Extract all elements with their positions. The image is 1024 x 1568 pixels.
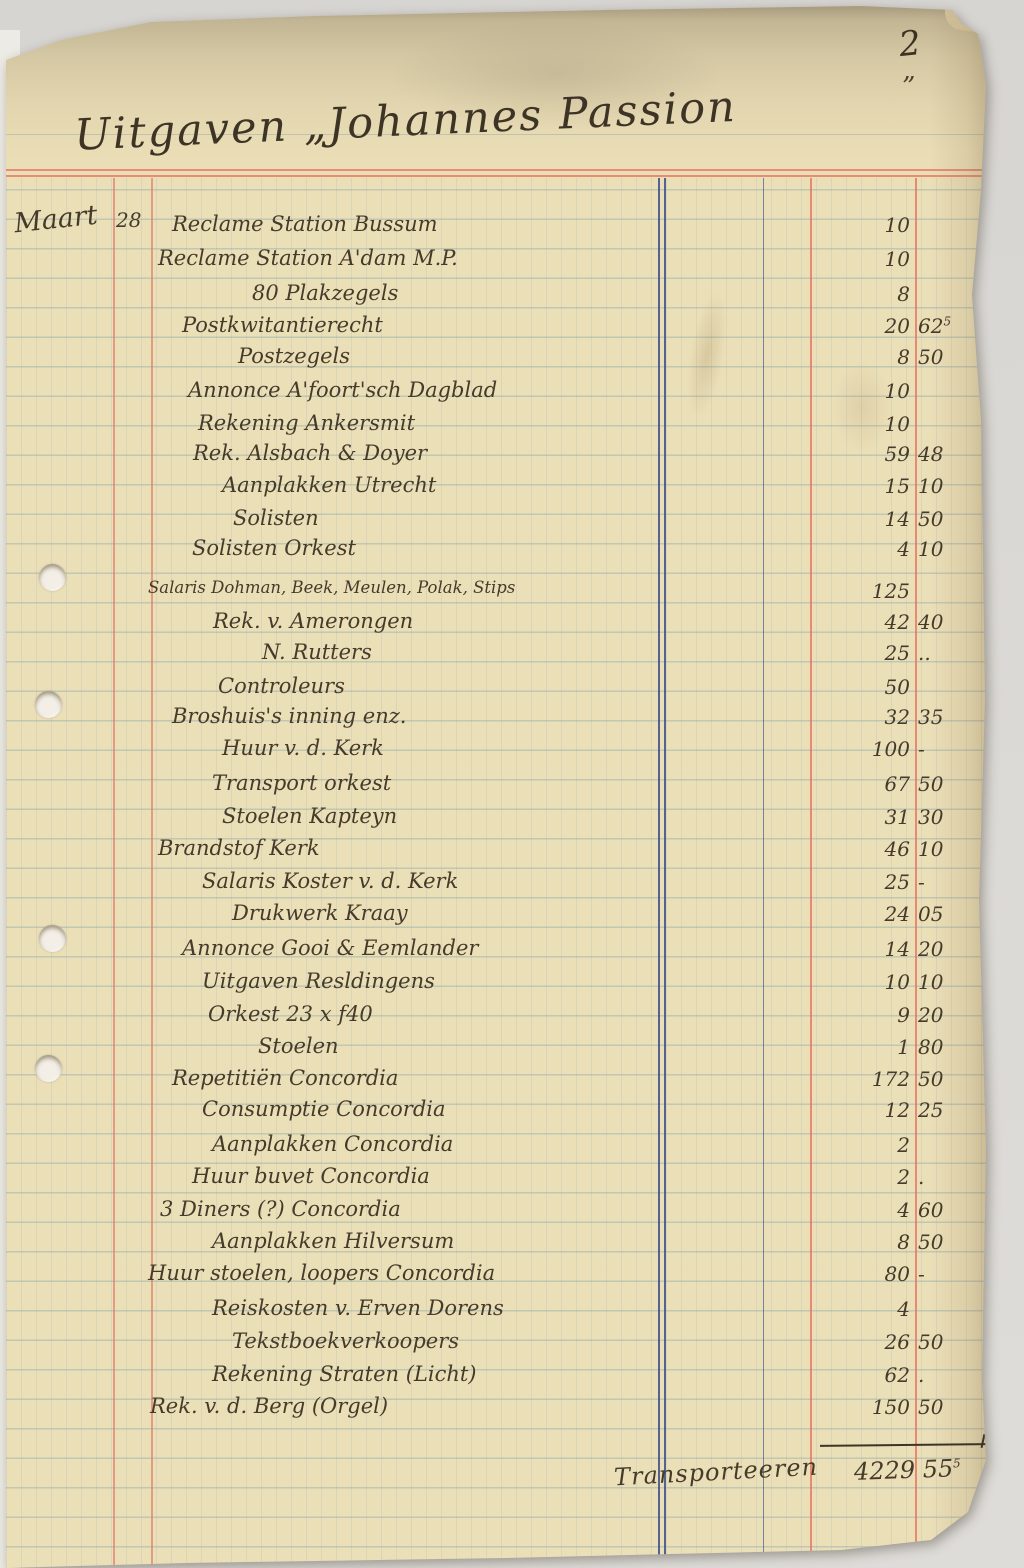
entry-amount-guilders: 59 xyxy=(788,442,910,466)
entry-amount-guilders: 172 xyxy=(788,1067,910,1091)
scan-background: { "page": { "page_number": "2", "title":… xyxy=(0,0,1024,1568)
entry-description: Consumptie Concordia xyxy=(202,1097,446,1121)
date-column-rule xyxy=(113,178,115,1568)
entry-amount-guilders: 4 xyxy=(788,1297,910,1321)
entry-amount-guilders: 46 xyxy=(788,837,910,861)
top-red-rule-1 xyxy=(6,169,988,171)
entry-amount-cents: 10 xyxy=(918,837,984,861)
entry-amount-cents: 60 xyxy=(918,1198,984,1222)
entry-amount-guilders: 100 xyxy=(788,737,910,761)
center-single-rule xyxy=(763,178,764,1568)
entry-amount-guilders: 25 xyxy=(788,641,910,665)
entry-amount-guilders: 14 xyxy=(788,507,910,531)
entry-amount-guilders: 67 xyxy=(788,772,910,796)
entry-description: Postzegels xyxy=(238,344,350,368)
entry-amount-guilders: 50 xyxy=(788,675,910,699)
entry-description: Rek. v. d. Berg (Orgel) xyxy=(150,1394,388,1418)
entry-amount-cents: 20 xyxy=(918,937,984,961)
entry-amount-cents: 10 xyxy=(918,970,984,994)
entry-description: Drukwerk Kraay xyxy=(232,901,408,925)
entry-amount-cents: - xyxy=(918,1262,984,1286)
entry-amount-cents: 50 xyxy=(918,507,984,531)
entry-amount-guilders: 9 xyxy=(788,1003,910,1027)
entry-description: Stoelen xyxy=(258,1034,339,1058)
entry-amount-guilders: 25 xyxy=(788,870,910,894)
entry-description: Solisten Orkest xyxy=(192,536,356,560)
entry-description: Postkwitantierecht xyxy=(182,313,383,337)
entry-description: Rekening Ankersmit xyxy=(198,411,415,435)
entry-description: Aanplakken Utrecht xyxy=(222,473,436,497)
entry-amount-cents: 50 xyxy=(918,1230,984,1254)
entry-amount-cents: 50 xyxy=(918,345,984,369)
entry-description: Transport orkest xyxy=(212,771,391,795)
entry-description: Huur v. d. Kerk xyxy=(222,736,384,760)
entry-amount-cents: - xyxy=(918,737,984,761)
entry-description: Aanplakken Hilversum xyxy=(212,1229,454,1253)
entry-amount-cents: 50 xyxy=(918,1330,984,1354)
entry-amount-guilders: 31 xyxy=(788,805,910,829)
entry-description: Controleurs xyxy=(218,674,345,698)
entry-amount-cents: 80 xyxy=(918,1035,984,1059)
entry-date-day: 28 xyxy=(116,208,141,232)
paper-stain xyxy=(832,360,892,455)
entry-description: Repetitiën Concordia xyxy=(172,1066,398,1090)
entry-amount-guilders: 150 xyxy=(788,1395,910,1419)
center-double-rule-b xyxy=(664,178,666,1568)
entry-amount-cents: 48 xyxy=(918,442,984,466)
entry-amount-cents: 35 xyxy=(918,705,984,729)
entry-description: 3 Diners (?) Concordia xyxy=(160,1197,401,1221)
entry-amount-guilders: 15 xyxy=(788,474,910,498)
entry-amount-guilders: 14 xyxy=(788,937,910,961)
entry-amount-cents: .. xyxy=(918,641,984,665)
entry-amount-guilders: 42 xyxy=(788,610,910,634)
ledger-page-wrapper: 2 ” Uitgaven „Johannes Passion Maart 28 … xyxy=(6,0,988,1568)
ledger-page: 2 ” Uitgaven „Johannes Passion Maart 28 … xyxy=(6,0,988,1568)
entry-description: Huur buvet Concordia xyxy=(192,1164,430,1188)
entry-amount-cents: 20 xyxy=(918,1003,984,1027)
entry-amount-guilders: 8 xyxy=(788,345,910,369)
entry-amount-cents: 25 xyxy=(918,1098,984,1122)
day-column-rule xyxy=(151,178,153,1568)
entry-amount-cents: 50 xyxy=(918,1067,984,1091)
entry-amount-cents: 40 xyxy=(918,610,984,634)
entry-amount-guilders: 2 xyxy=(788,1133,910,1157)
entry-amount-guilders: 20 xyxy=(788,314,910,338)
entry-amount-cents: 625 xyxy=(918,314,984,338)
entry-amount-cents: 50 xyxy=(918,1395,984,1419)
entry-description: Reiskosten v. Erven Dorens xyxy=(212,1296,504,1320)
page-number: 2 xyxy=(897,23,923,65)
entry-description: Salaris Koster v. d. Kerk xyxy=(202,869,458,893)
entry-amount-guilders: 8 xyxy=(788,282,910,306)
entry-amount-guilders: 4 xyxy=(788,537,910,561)
entry-amount-cents: . xyxy=(918,1363,984,1387)
entry-amount-guilders: 12 xyxy=(788,1098,910,1122)
entry-amount-guilders: 24 xyxy=(788,902,910,926)
punch-hole-1 xyxy=(39,564,66,591)
entry-description: Rekening Straten (Licht) xyxy=(212,1362,477,1386)
entry-amount-guilders: 125 xyxy=(788,579,910,603)
entry-amount-guilders: 4 xyxy=(788,1198,910,1222)
entry-description: Reclame Station A'dam M.P. xyxy=(158,246,458,270)
entry-description: Uitgaven Resldingens xyxy=(202,969,435,993)
entry-amount-half-cent: 5 xyxy=(943,314,951,328)
carry-forward-amount: 4229 555 xyxy=(854,1454,962,1486)
entry-description: Annonce A'foort'sch Dagblad xyxy=(188,378,497,402)
entry-amount-guilders: 62 xyxy=(788,1363,910,1387)
entry-description: Stoelen Kapteyn xyxy=(222,804,397,828)
entry-amount-guilders: 10 xyxy=(788,379,910,403)
entry-description: Annonce Gooi & Eemlander xyxy=(182,936,478,960)
entry-amount-guilders: 2 xyxy=(788,1165,910,1189)
entry-amount-cents: 30 xyxy=(918,805,984,829)
entry-description: Reclame Station Bussum xyxy=(172,212,438,236)
entry-description: Brandstof Kerk xyxy=(158,836,320,860)
entry-description: Rek. v. Amerongen xyxy=(213,609,413,633)
entry-description: Tekstboekverkoopers xyxy=(232,1329,459,1353)
entry-amount-guilders: 80 xyxy=(788,1262,910,1286)
entry-amount-cents: . xyxy=(918,1165,984,1189)
entry-description: N. Rutters xyxy=(262,640,372,664)
entry-amount-cents: 50 xyxy=(918,772,984,796)
amount-column-rule-cents xyxy=(915,178,917,1568)
entry-amount-guilders: 10 xyxy=(788,412,910,436)
punch-hole-2 xyxy=(35,691,62,718)
total-half-cent: 5 xyxy=(953,1456,961,1470)
entry-amount-guilders: 32 xyxy=(788,705,910,729)
entry-description: Broshuis's inning enz. xyxy=(172,704,406,728)
entry-description: Orkest 23 x f40 xyxy=(208,1002,373,1026)
entry-amount-guilders: 10 xyxy=(788,970,910,994)
center-double-rule-a xyxy=(658,178,660,1568)
entry-description: Salaris Dohman, Beek, Meulen, Polak, Sti… xyxy=(148,578,515,597)
entry-amount-guilders: 26 xyxy=(788,1330,910,1354)
entry-amount-cents: - xyxy=(918,870,984,894)
entry-description: 80 Plakzegels xyxy=(252,281,398,305)
entry-amount-cents: 10 xyxy=(918,474,984,498)
entry-amount-cents: 05 xyxy=(918,902,984,926)
entry-amount-guilders: 1 xyxy=(788,1035,910,1059)
punch-hole-3 xyxy=(39,925,66,952)
entry-amount-guilders: 10 xyxy=(788,247,910,271)
entry-description: Rek. Alsbach & Doyer xyxy=(193,441,427,465)
entry-description: Aanplakken Concordia xyxy=(212,1132,453,1156)
entry-amount-guilders: 8 xyxy=(788,1230,910,1254)
top-red-rule-2 xyxy=(6,175,988,177)
punch-hole-4 xyxy=(35,1055,62,1082)
entry-amount-cents: 10 xyxy=(918,537,984,561)
entry-description: Huur stoelen, loopers Concordia xyxy=(148,1261,495,1285)
entry-description: Solisten xyxy=(233,506,319,530)
entry-amount-guilders: 10 xyxy=(788,213,910,237)
